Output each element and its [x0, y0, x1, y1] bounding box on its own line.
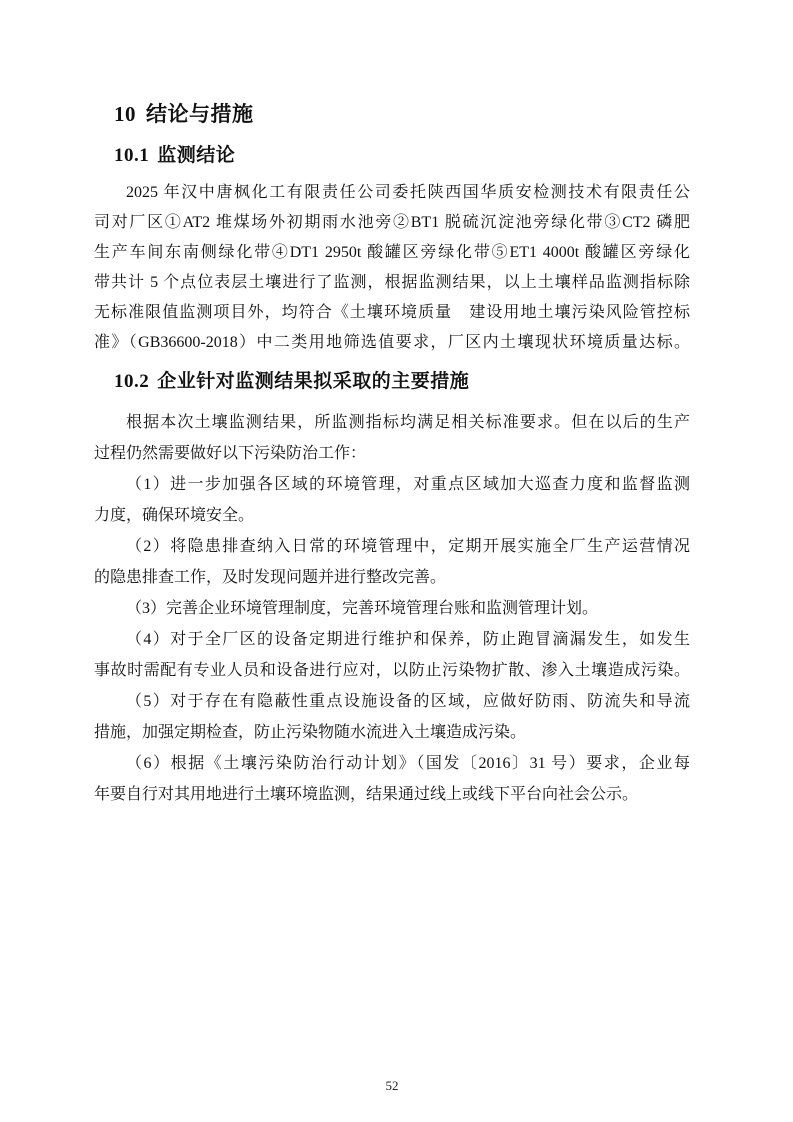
paragraph-line: 措施，加强定期检查，防止污染物随水流进入土壤造成污染。	[94, 717, 690, 748]
page-number: 52	[94, 1078, 690, 1094]
document-content: 10结论与措施 10.1监测结论 2025 年汉中唐枫化工有限责任公司委托陕西国…	[94, 0, 690, 810]
paragraph-line: 无标准限值监测项目外，均符合《土壤环境质量 建设用地土壤污染风险管控标	[94, 298, 690, 328]
paragraph-measure-6: （6）根据《土壤污染防治行动计划》（国发〔2016〕31 号）要求，企业每 年要…	[94, 748, 690, 810]
paragraph-line: （1）进一步加强各区域的环境管理，对重点区域加大巡查力度和监督监测	[94, 469, 690, 500]
chapter-heading-title: 结论与措施	[146, 102, 254, 126]
paragraph-line: （5）对于存在有隐蔽性重点设施设备的区域，应做好防雨、防流失和导流	[94, 686, 690, 717]
section-heading-10-1-number: 10.1	[114, 145, 149, 166]
paragraph-measure-5: （5）对于存在有隐蔽性重点设施设备的区域，应做好防雨、防流失和导流 措施，加强定…	[94, 686, 690, 748]
paragraph-line: 带共计 5 个点位表层土壤进行了监测，根据监测结果，以上土壤样品监测指标除	[94, 268, 690, 298]
paragraph-line: 准》（GB36600-2018）中二类用地筛选值要求，厂区内土壤现状环境质量达标…	[94, 328, 690, 358]
paragraph-line: 的隐患排查工作，及时发现问题并进行整改完善。	[94, 562, 690, 593]
paragraph-line: 过程仍然需要做好以下污染防治工作：	[94, 438, 690, 469]
document-page: 10结论与措施 10.1监测结论 2025 年汉中唐枫化工有限责任公司委托陕西国…	[0, 0, 793, 1122]
paragraph-measure-2: （2）将隐患排查纳入日常的环境管理中，定期开展实施全厂生产运营情况 的隐患排查工…	[94, 531, 690, 593]
paragraph-line: 根据本次土壤监测结果，所监测指标均满足相关标准要求。但在以后的生产	[94, 407, 690, 438]
section-heading-10-1-title: 监测结论	[157, 145, 235, 166]
paragraph-measure-4: （4）对于全厂区的设备定期进行维护和保养，防止跑冒滴漏发生，如发生 事故时需配有…	[94, 624, 690, 686]
section-heading-10-1: 10.1监测结论	[114, 143, 690, 169]
paragraph-measure-1: （1）进一步加强各区域的环境管理，对重点区域加大巡查力度和监督监测 力度，确保环…	[94, 469, 690, 531]
paragraph-line: 事故时需配有专业人员和设备进行应对，以防止污染物扩散、渗入土壤造成污染。	[94, 655, 690, 686]
paragraph-line: （2）将隐患排查纳入日常的环境管理中，定期开展实施全厂生产运营情况	[94, 531, 690, 562]
paragraph-line: 生产车间东南侧绿化带④DT1 2950t 酸罐区旁绿化带⑤ET1 4000t 酸…	[94, 238, 690, 268]
paragraph-line: 年要自行对其用地进行土壤环境监测，结果通过线上或线下平台向社会公示。	[94, 779, 690, 810]
paragraph-monitoring-conclusion: 2025 年汉中唐枫化工有限责任公司委托陕西国华质安检测技术有限责任公 司对厂区…	[94, 178, 690, 358]
paragraph-measure-3: （3）完善企业环境管理制度，完善环境管理台账和监测管理计划。	[94, 593, 690, 624]
paragraph-line: 力度，确保环境安全。	[94, 500, 690, 531]
chapter-heading-number: 10	[114, 102, 136, 126]
paragraph-measures-intro: 根据本次土壤监测结果，所监测指标均满足相关标准要求。但在以后的生产 过程仍然需要…	[94, 407, 690, 469]
section-heading-10-2-title: 企业针对监测结果拟采取的主要措施	[157, 371, 469, 392]
chapter-heading: 10结论与措施	[114, 100, 690, 128]
paragraph-line: （6）根据《土壤污染防治行动计划》（国发〔2016〕31 号）要求，企业每	[94, 748, 690, 779]
paragraph-line: （4）对于全厂区的设备定期进行维护和保养，防止跑冒滴漏发生，如发生	[94, 624, 690, 655]
paragraph-line: （3）完善企业环境管理制度，完善环境管理台账和监测管理计划。	[94, 593, 690, 624]
section-heading-10-2-number: 10.2	[114, 371, 149, 392]
paragraph-line: 司对厂区①AT2 堆煤场外初期雨水池旁②BT1 脱硫沉淀池旁绿化带③CT2 磷肥	[94, 208, 690, 238]
paragraph-line: 2025 年汉中唐枫化工有限责任公司委托陕西国华质安检测技术有限责任公	[94, 178, 690, 208]
section-heading-10-2: 10.2企业针对监测结果拟采取的主要措施	[114, 369, 690, 395]
